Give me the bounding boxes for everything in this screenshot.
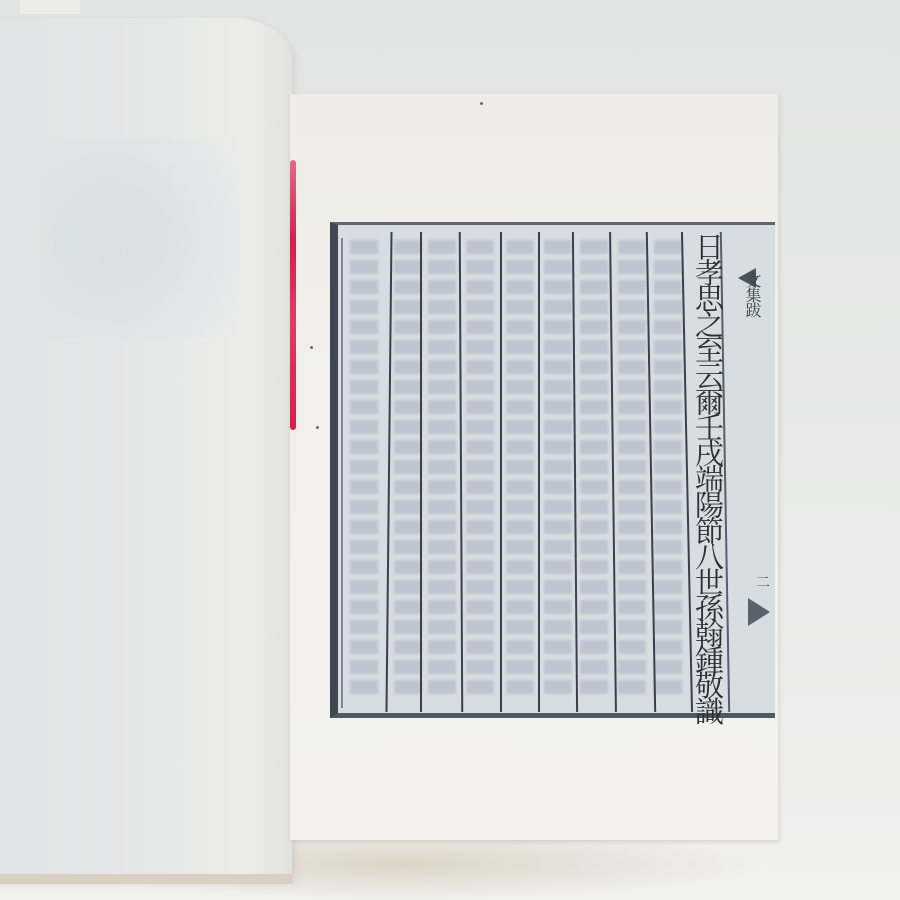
binding-thread — [290, 160, 296, 430]
show-through-column — [350, 240, 378, 700]
page-number: 二 — [756, 572, 770, 592]
show-through-column — [394, 240, 422, 700]
show-through-column — [544, 240, 572, 700]
paper-speck — [480, 102, 483, 105]
show-through-column — [580, 240, 608, 700]
page-edge-sliver — [20, 0, 80, 14]
column-rule — [538, 232, 540, 712]
column-rule — [420, 232, 422, 712]
left-page-stain — [40, 138, 240, 338]
paper-speck — [316, 426, 319, 429]
colophon-text-column: 日孝思之至云爾壬戌端陽節八世孫翰鍾敬識 — [690, 232, 726, 722]
fishtail-marker-bottom-icon — [748, 598, 770, 626]
show-through-column — [428, 240, 456, 700]
fold-title: 文集跋 — [744, 272, 764, 317]
show-through-column — [654, 240, 682, 700]
column-rule — [500, 232, 502, 712]
paper-speck — [310, 346, 313, 349]
show-through-column — [618, 240, 646, 700]
frame-inner-border — [341, 238, 343, 708]
page-stack-edge — [0, 874, 292, 884]
show-through-column — [466, 240, 494, 700]
left-page — [0, 18, 292, 878]
show-through-column — [506, 240, 534, 700]
